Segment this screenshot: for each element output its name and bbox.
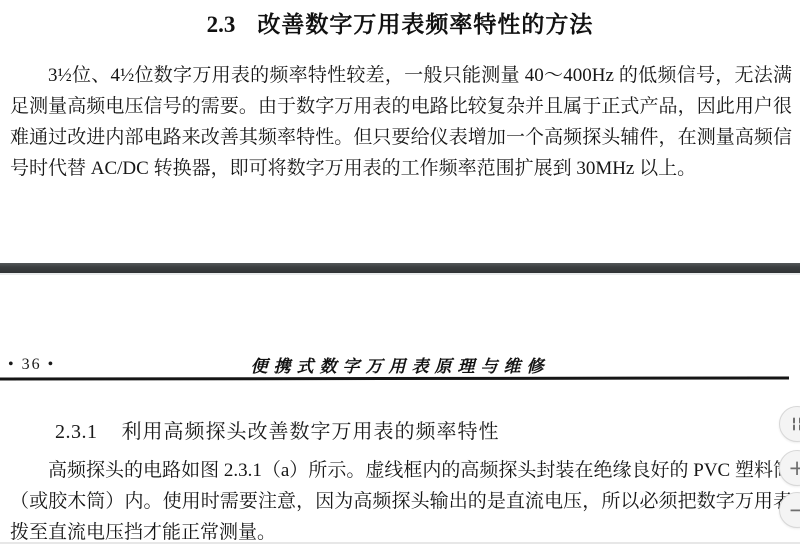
fit-width-icon — [790, 417, 800, 431]
section-heading: 2.3改善数字万用表频率特性的方法 — [0, 6, 800, 39]
bottom-edge-divider — [0, 542, 800, 544]
section-number: 2.3 — [207, 12, 236, 37]
subsection-title: 利用高频探头改善数字万用表的频率特性 — [122, 421, 500, 443]
fit-width-button[interactable] — [779, 406, 800, 442]
page-separator-shadow — [0, 273, 800, 275]
body-paragraph-top: 3½位、4½位数字万用表的频率特性较差，一般只能测量 40～400Hz 的低频信… — [10, 60, 792, 184]
running-title: 便携式数字万用表原理与维修 — [0, 352, 800, 377]
zoom-in-icon: + — [788, 458, 800, 479]
body-paragraph-bottom: 高频探头的电路如图 2.3.1（a）所示。虚线框内的高频探头封装在绝缘良好的 P… — [10, 455, 792, 548]
page-separator-bar — [0, 263, 800, 273]
zoom-out-icon: − — [788, 500, 800, 521]
subsection-heading: 2.3.1利用高频探头改善数字万用表的频率特性 — [55, 415, 500, 444]
section-title: 改善数字万用表频率特性的方法 — [257, 11, 593, 37]
header-rule — [0, 376, 789, 380]
subsection-number: 2.3.1 — [55, 421, 98, 443]
document-viewer: 2.3改善数字万用表频率特性的方法 3½位、4½位数字万用表的频率特性较差，一般… — [0, 0, 800, 548]
running-header: • 36 • 便携式数字万用表原理与维修 — [0, 352, 800, 376]
